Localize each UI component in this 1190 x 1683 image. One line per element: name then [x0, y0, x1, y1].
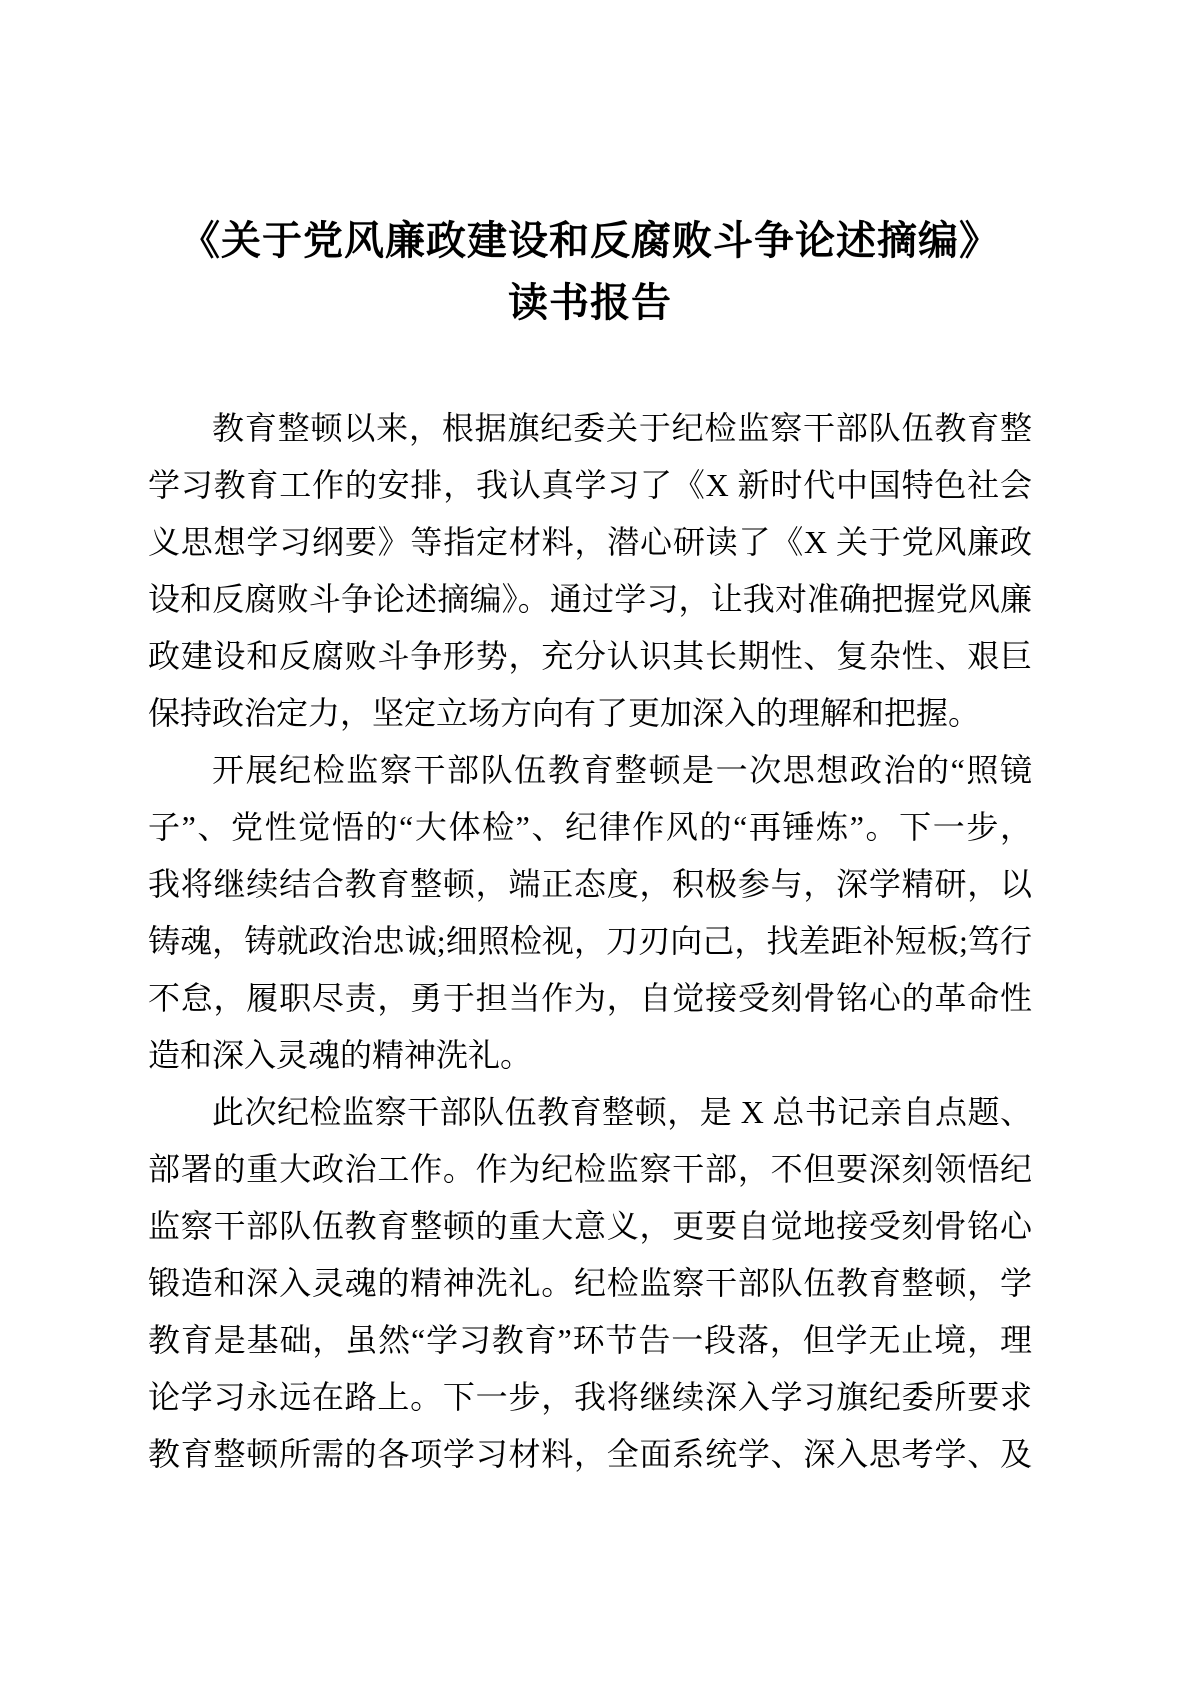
title-line-2: 读书报告 — [148, 272, 1032, 334]
text-line: 不怠，履职尽责，勇于担当作为，自觉接受刻骨铭心的革命性锻 — [148, 970, 1032, 1027]
text-line: 铸魂，铸就政治忠诚;细照检视，刀刃向己，找差距补短板;笃行 — [148, 913, 1032, 970]
title-line-1: 《关于党风廉政建设和反腐败斗争论述摘编》 — [148, 210, 1032, 272]
document-body: 教育整顿以来，根据旗纪委关于纪检监察干部队伍教育整顿 学习教育工作的安排，我认真… — [148, 400, 1032, 1483]
text-line: 义思想学习纲要》等指定材料，潜心研读了《X 关于党风廉政建 — [148, 514, 1032, 571]
text-line: 此次纪检监察干部队伍教育整顿，是 X 总书记亲自点题、 — [148, 1084, 1032, 1141]
text-line: 我将继续结合教育整顿，端正态度，积极参与，深学精研，以学 — [148, 856, 1032, 913]
text-line: 教育整顿以来，根据旗纪委关于纪检监察干部队伍教育整顿 — [148, 400, 1032, 457]
text-line: 开展纪检监察干部队伍教育整顿是一次思想政治的“照镜 — [148, 742, 1032, 799]
paragraph-1: 教育整顿以来，根据旗纪委关于纪检监察干部队伍教育整顿 学习教育工作的安排，我认真… — [148, 400, 1032, 742]
text-line: 锻造和深入灵魂的精神洗礼。纪检监察干部队伍教育整顿，学习 — [148, 1255, 1032, 1312]
text-line: 监察干部队伍教育整顿的重大意义，更要自觉地接受刻骨铭心的 — [148, 1198, 1032, 1255]
text-line: 学习教育工作的安排，我认真学习了《X 新时代中国特色社会主 — [148, 457, 1032, 514]
text-line: 部署的重大政治工作。作为纪检监察干部，不但要深刻领悟纪检 — [148, 1141, 1032, 1198]
text-line: 造和深入灵魂的精神洗礼。 — [148, 1027, 1032, 1084]
text-line: 教育整顿所需的各项学习材料，全面系统学、深入思考学、及时 — [148, 1426, 1032, 1483]
text-line: 保持政治定力，坚定立场方向有了更加深入的理解和把握。 — [148, 685, 1032, 742]
paragraph-3: 此次纪检监察干部队伍教育整顿，是 X 总书记亲自点题、 部署的重大政治工作。作为… — [148, 1084, 1032, 1483]
text-line: 论学习永远在路上。下一步，我将继续深入学习旗纪委所要求及 — [148, 1369, 1032, 1426]
text-line: 子”、党性觉悟的“大体检”、纪律作风的“再锤炼”。下一步， — [148, 799, 1032, 856]
document-title: 《关于党风廉政建设和反腐败斗争论述摘编》 读书报告 — [148, 210, 1032, 334]
paragraph-2: 开展纪检监察干部队伍教育整顿是一次思想政治的“照镜 子”、党性觉悟的“大体检”、… — [148, 742, 1032, 1084]
text-line: 设和反腐败斗争论述摘编》。通过学习，让我对准确把握党风廉 — [148, 571, 1032, 628]
text-line: 教育是基础，虽然“学习教育”环节告一段落，但学无止境，理 — [148, 1312, 1032, 1369]
text-line: 政建设和反腐败斗争形势，充分认识其长期性、复杂性、艰巨性， — [148, 628, 1032, 685]
document-page: 《关于党风廉政建设和反腐败斗争论述摘编》 读书报告 教育整顿以来，根据旗纪委关于… — [0, 0, 1190, 1683]
